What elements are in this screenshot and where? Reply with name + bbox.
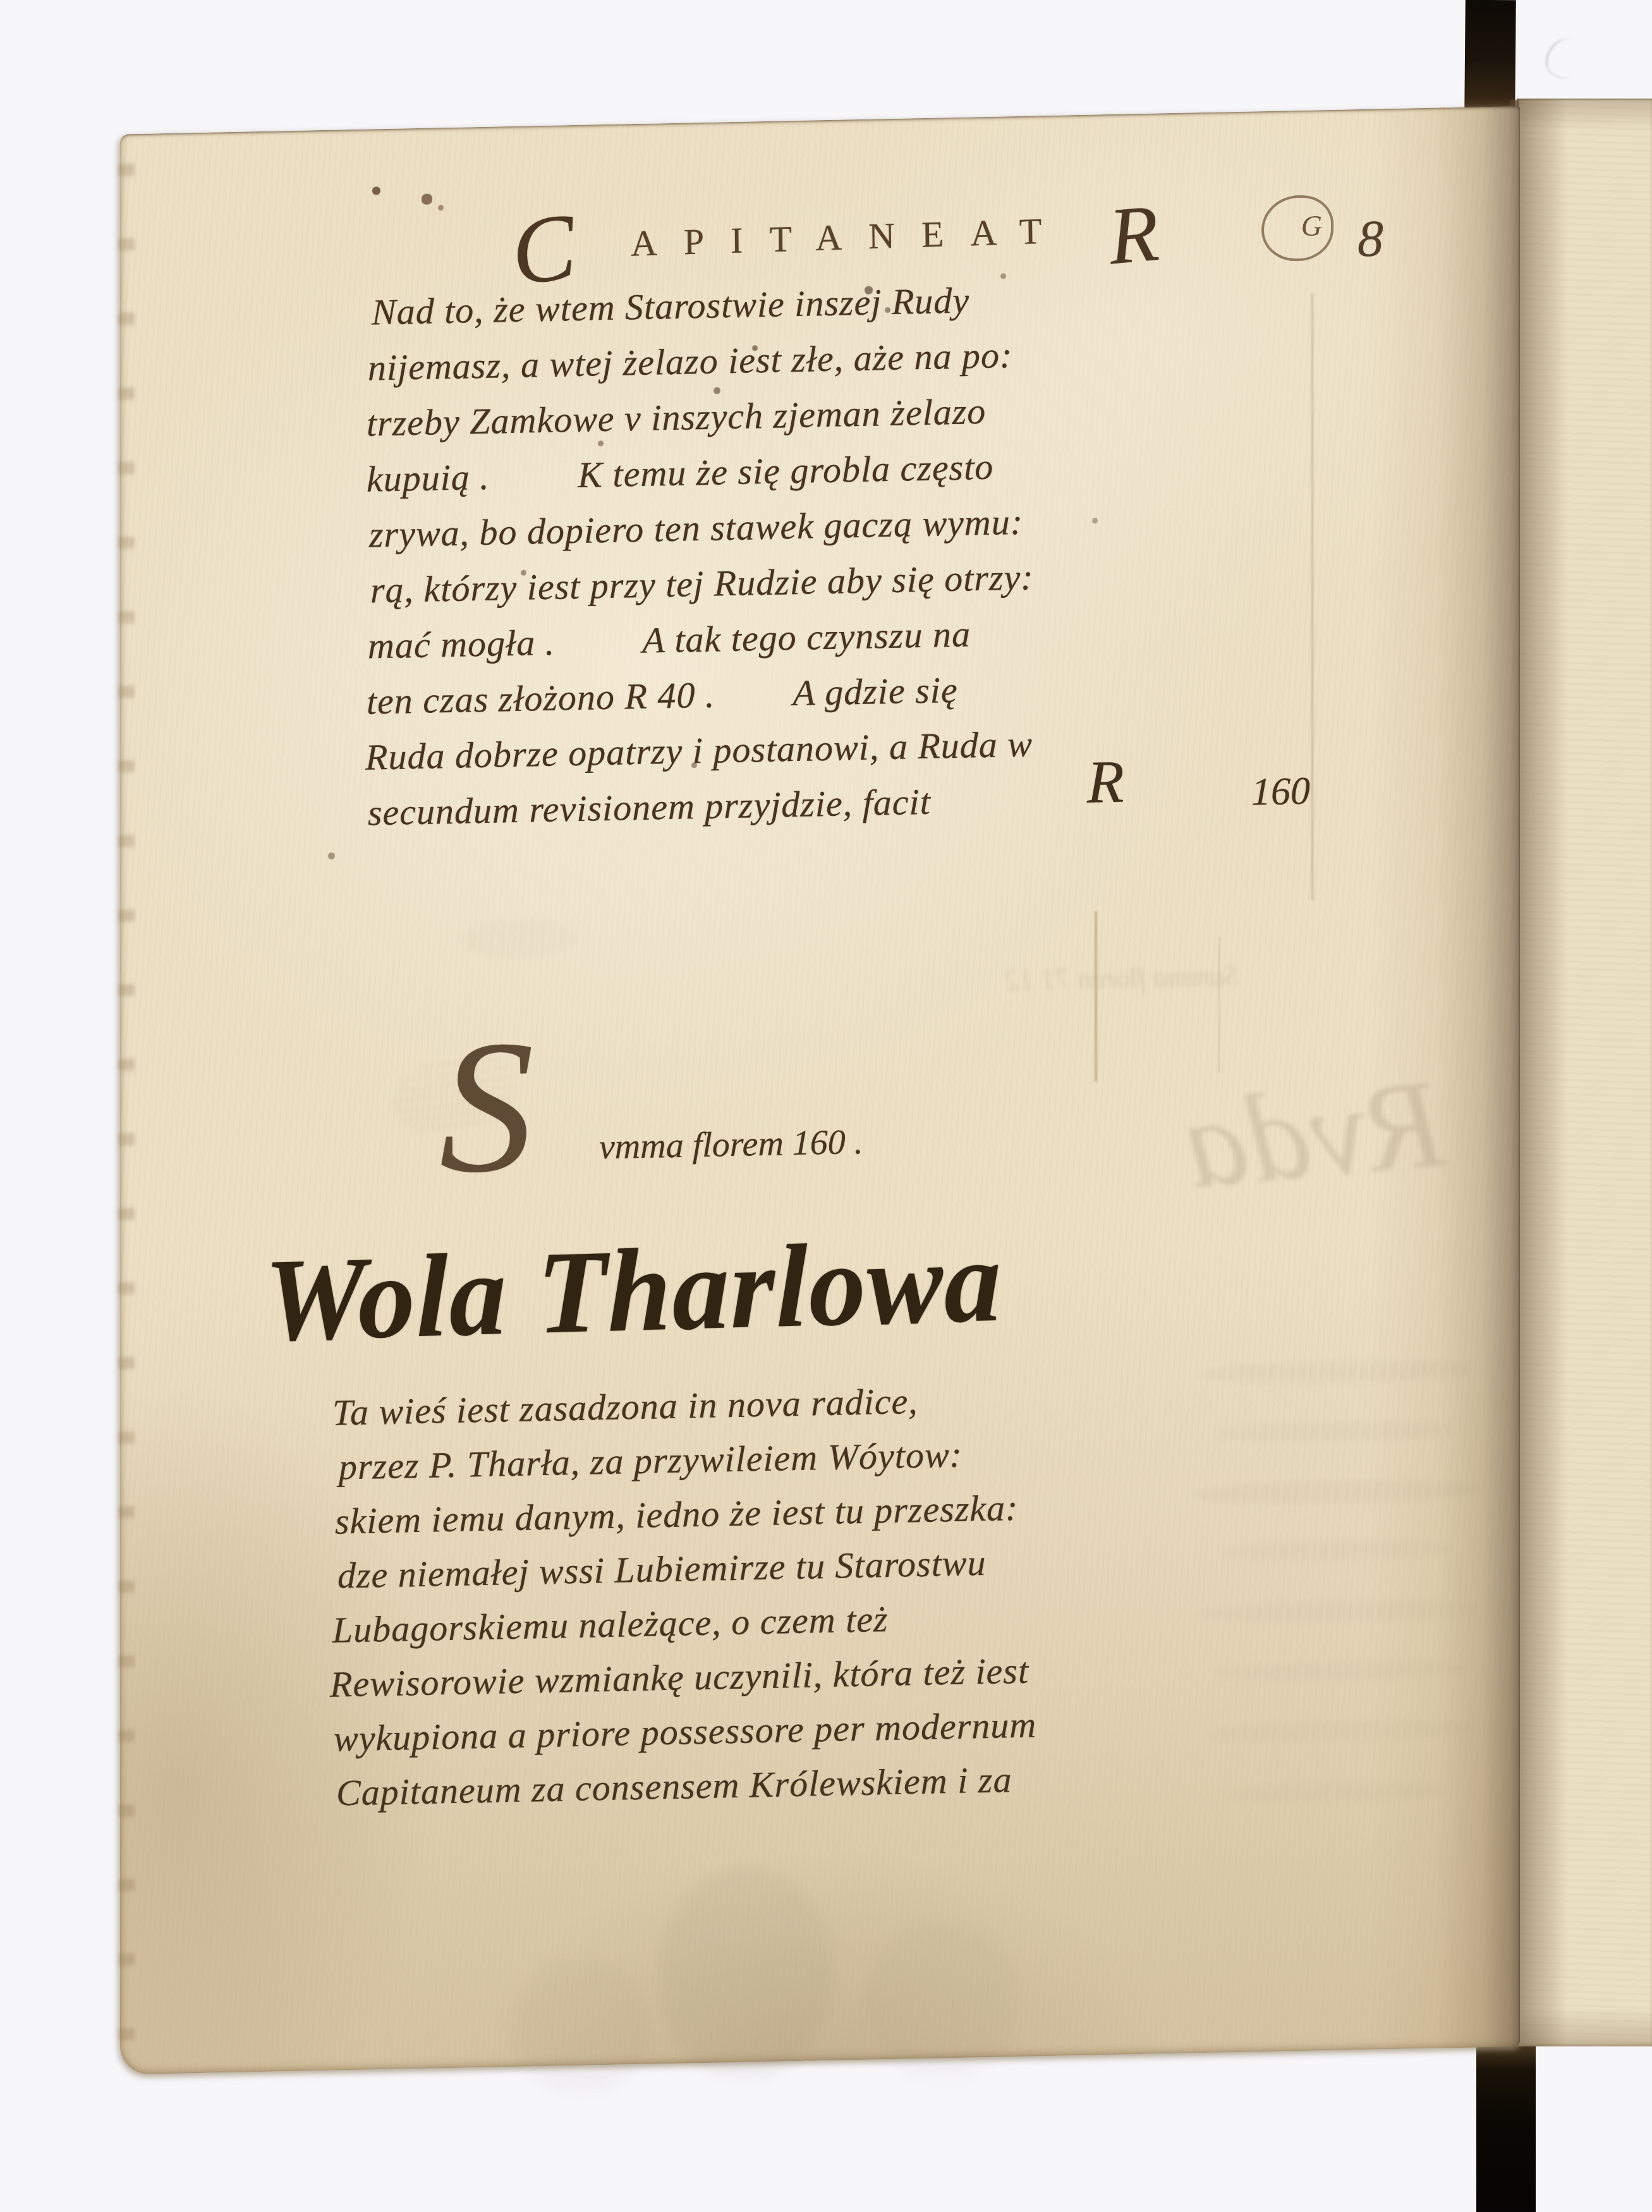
deckled-edge — [118, 134, 135, 2075]
bleedthrough-block — [866, 1917, 1017, 2085]
text-line: rą, którzy iest przy tej Rudzie aby się … — [370, 556, 1034, 611]
text-line: nijemasz, a wtej żelazo iest złe, aże na… — [368, 334, 1012, 389]
section-heading: Wola Tharlowa — [264, 1212, 1002, 1368]
text-line: przez P. Tharła, za przywileiem Wóytow: — [339, 1433, 963, 1488]
quire-mark: G — [1301, 209, 1322, 243]
text-line: Ruda dobrze opatrzy i postanowi, a Ruda … — [365, 722, 1033, 778]
text-line: Rewisorowie wzmiankę uczynili, która też… — [330, 1650, 1029, 1706]
bookmark-ribbon-top — [1464, 0, 1516, 111]
text-line: secundum revisionem przyjdzie, facit — [368, 781, 931, 834]
manuscript-leaf: Summa floren 71 12 Rvda C APITANEAT R G … — [120, 106, 1520, 2074]
adjacent-page-edge — [1517, 99, 1652, 2046]
text-line: dze niemałej wssi Lubiemirze tu Starostw… — [337, 1541, 987, 1597]
paper-crease — [1218, 937, 1220, 1073]
facit-amount-symbol: R — [1087, 746, 1124, 817]
bookmark-ribbon-bottom — [1476, 2046, 1536, 2212]
paper-crease — [1095, 911, 1097, 1081]
text-line: mać mogła . A tak tego czynszu na — [368, 612, 971, 667]
header-flourish-mark: R — [1106, 186, 1162, 283]
text-line: wykupiona a priore possessore per modern… — [334, 1703, 1036, 1759]
faint-pencil-mark — [1540, 32, 1587, 83]
bleedthrough-text: Summa floren 71 12 — [1005, 959, 1239, 997]
header-title: APITANEAT — [631, 209, 1069, 265]
text-line: Capitaneum za consensem Królewskiem i za — [336, 1758, 1012, 1814]
bleedthrough-block — [657, 1864, 834, 2083]
text-line: zrywa, bo dopiero ten stawek gaczą wymu: — [369, 501, 1023, 556]
text-line: Nad to, że wtem Starostwie inszej Rudy — [372, 279, 969, 333]
bleedthrough-smudge — [461, 918, 575, 959]
summa-line: vmma florem 160 . — [599, 1122, 863, 1167]
text-line: trzeby Zamkowe v inszych zjeman żelazo — [367, 390, 986, 445]
text-line: Ta wieś iest zasadzona in nova radice, — [332, 1380, 918, 1434]
quire-mark-circle: G — [1261, 195, 1333, 262]
text-line: Lubagorskiemu należące, o czem też — [332, 1598, 889, 1651]
page-number: 8 — [1357, 209, 1383, 269]
paper-crease — [1311, 294, 1313, 901]
facit-amount-value: 160 — [1251, 769, 1310, 815]
text-line: ten czas złożono R 40 . A gdzie się — [367, 669, 958, 723]
bleedthrough-block — [512, 1957, 651, 2098]
scanned-manuscript-page: Summa floren 71 12 Rvda C APITANEAT R G … — [0, 0, 1652, 2212]
text-line: kupuią . K temu że się grobla często — [367, 446, 993, 501]
text-line: skiem iemu danym, iedno że iest tu przes… — [335, 1486, 1018, 1543]
summa-initial: S — [439, 1030, 534, 1183]
